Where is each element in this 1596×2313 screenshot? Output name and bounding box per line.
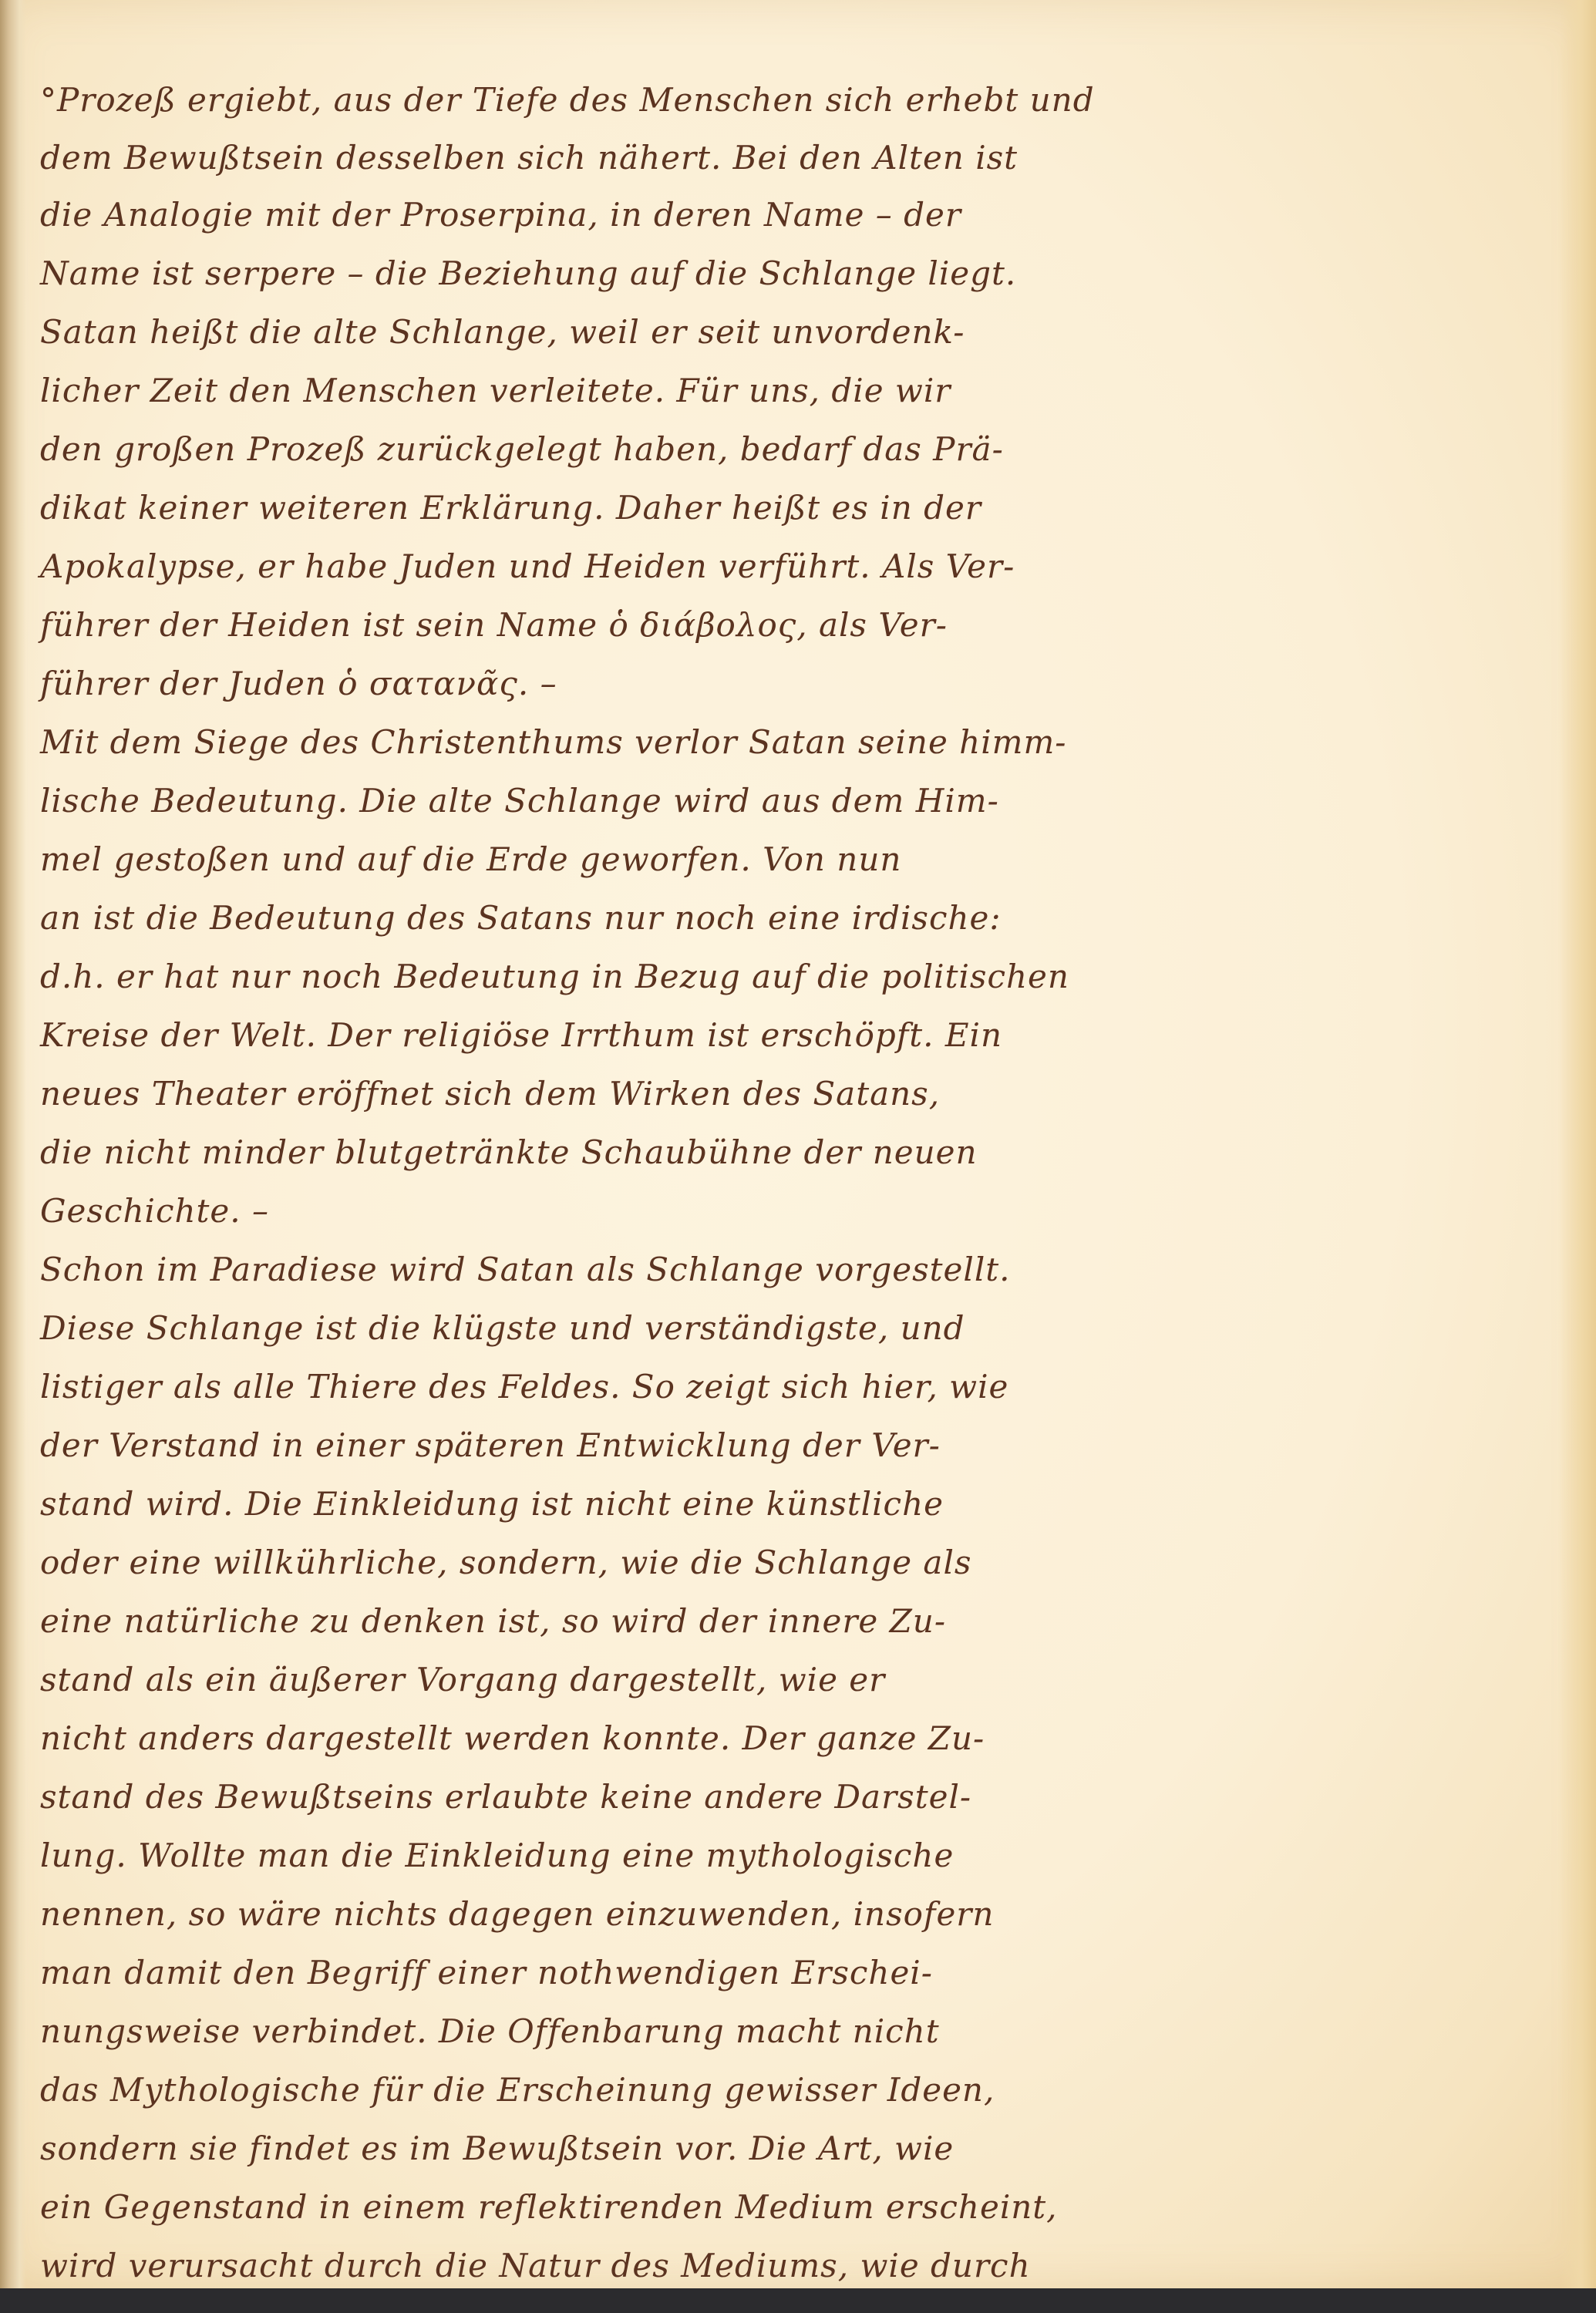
page-edge [1559, 0, 1596, 2288]
handwritten-text-block: °Prozeß ergiebt, aus der Tiefe des Mensc… [40, 0, 1474, 2288]
text-line-29: nicht anders dargestellt werden konnte. … [40, 1719, 985, 1758]
text-line-17: Kreise der Welt. Der religiöse Irrthum i… [40, 1016, 1002, 1055]
text-line-20: Geschichte. – [40, 1192, 269, 1231]
text-line-9: Apokalypse, er habe Juden und Heiden ver… [40, 547, 1015, 586]
text-line-25: stand wird. Die Einkleidung ist nicht ei… [40, 1485, 944, 1523]
text-line-23: listiger als alle Thiere des Feldes. So … [40, 1368, 1008, 1406]
text-line-30: stand des Bewußtseins erlaubte keine and… [40, 1778, 971, 1816]
text-line-2: dem Bewußtsein desselben sich nähert. Be… [40, 139, 1018, 177]
text-line-4: Name ist serpere – die Beziehung auf die… [40, 254, 1016, 293]
text-line-16: d.h. er hat nur noch Bedeutung in Bezug … [40, 958, 1069, 996]
text-line-14: mel gestoßen und auf die Erde geworfen. … [40, 840, 901, 879]
binding-gutter [0, 0, 26, 2288]
text-line-6: licher Zeit den Menschen verleitete. Für… [40, 372, 951, 410]
text-line-12: Mit dem Siege des Christenthums verlor S… [40, 723, 1066, 762]
manuscript-page: °Prozeß ergiebt, aus der Tiefe des Mensc… [0, 0, 1596, 2288]
text-line-1: °Prozeß ergiebt, aus der Tiefe des Mensc… [40, 81, 1095, 120]
text-line-8: dikat keiner weiteren Erklärung. Daher h… [40, 489, 982, 527]
text-line-11: führer der Juden ὁ σατανᾶς. – [40, 665, 557, 703]
text-line-32: nennen, so wäre nichts dagegen einzuwend… [40, 1895, 994, 1934]
text-line-34: nungsweise verbindet. Die Offenbarung ma… [40, 2012, 940, 2051]
text-line-38: wird verursacht durch die Natur des Medi… [40, 2247, 1031, 2285]
text-line-15: an ist die Bedeutung des Satans nur noch… [40, 899, 1002, 938]
text-line-10: führer der Heiden ist sein Name ὁ διάβολ… [40, 606, 948, 645]
text-line-13: lische Bedeutung. Die alte Schlange wird… [40, 782, 999, 820]
text-line-35: das Mythologische für die Erscheinung ge… [40, 2071, 995, 2109]
text-line-22: Diese Schlange ist die klügste und verst… [40, 1309, 965, 1348]
text-line-18: neues Theater eröffnet sich dem Wirken d… [40, 1075, 940, 1113]
text-line-31: lung. Wollte man die Einkleidung eine my… [40, 1837, 954, 1875]
text-line-24: der Verstand in einer späteren Entwicklu… [40, 1426, 941, 1465]
text-line-27: eine natürliche zu denken ist, so wird d… [40, 1602, 946, 1641]
text-line-28: stand als ein äußerer Vorgang dargestell… [40, 1661, 885, 1699]
text-line-21: Schon im Paradiese wird Satan als Schlan… [40, 1251, 1010, 1289]
text-line-5: Satan heißt die alte Schlange, weil er s… [40, 313, 965, 352]
text-line-3: die Analogie mit der Proserpina, in dere… [40, 196, 961, 234]
text-line-26: oder eine willkührliche, sondern, wie di… [40, 1544, 971, 1582]
text-line-37: ein Gegenstand in einem reflektirenden M… [40, 2188, 1058, 2227]
text-line-7: den großen Prozeß zurückgelegt haben, be… [40, 430, 1004, 469]
text-line-19: die nicht minder blutgetränkte Schaubühn… [40, 1133, 978, 1172]
text-line-36: sondern sie findet es im Bewußtsein vor.… [40, 2130, 954, 2168]
text-line-33: man damit den Begriff einer nothwendigen… [40, 1954, 933, 1992]
